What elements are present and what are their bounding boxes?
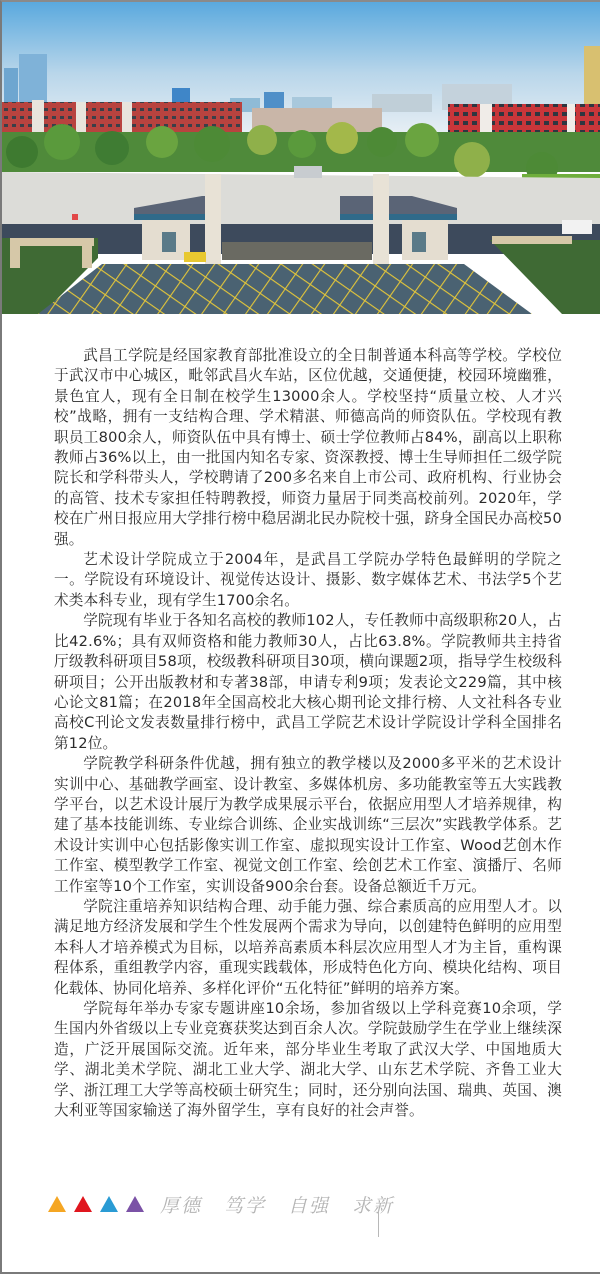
motto-word-3: 自强 xyxy=(288,1191,330,1218)
training-paragraph: 学院注重培养知识结构合理、动手能力强、综合素质高的应用型人才。以满足地方经济发展… xyxy=(54,897,562,999)
orange-triangle-icon xyxy=(48,1196,66,1212)
facilities-paragraph: 学院教学科研条件优越，拥有独立的教学楼以及2000多平米的艺术设计实训中心、基础… xyxy=(54,754,562,897)
achievements-paragraph: 学院每年举办专家专题讲座10余场，参加省级以上学科竞赛10余项，学生国内外省级以… xyxy=(54,999,562,1121)
article-body: 武昌工学院是经国家教育部批准设立的全日制普通本科高等学校。学校位于武汉市中心城区… xyxy=(54,346,562,1121)
motto-word-1: 厚德 xyxy=(160,1191,202,1218)
motto-word-4: 求新 xyxy=(352,1191,394,1218)
purple-triangle-icon xyxy=(126,1196,144,1212)
intro-paragraph: 武昌工学院是经国家教育部批准设立的全日制普通本科高等学校。学校位于武汉市中心城区… xyxy=(54,346,562,550)
college-founding-paragraph: 艺术设计学院成立于2004年，是武昌工学院办学特色最鲜明的学院之一。学院设有环境… xyxy=(54,550,562,611)
red-triangle-icon xyxy=(74,1196,92,1212)
blue-triangle-icon xyxy=(100,1196,118,1212)
motto-word-2: 笃学 xyxy=(224,1191,266,1218)
faculty-paragraph: 学院现有毕业于各知名高校的教师102人，专任教师中高级职称20人，占比42.6%… xyxy=(54,611,562,754)
school-motto: 厚德 笃学 自强 求新 xyxy=(48,1184,416,1224)
brochure-page: 武昌工学院是经国家教育部批准设立的全日制普通本科高等学校。学校位于武汉市中心城区… xyxy=(0,0,600,1274)
campus-gate-photo xyxy=(2,2,600,314)
